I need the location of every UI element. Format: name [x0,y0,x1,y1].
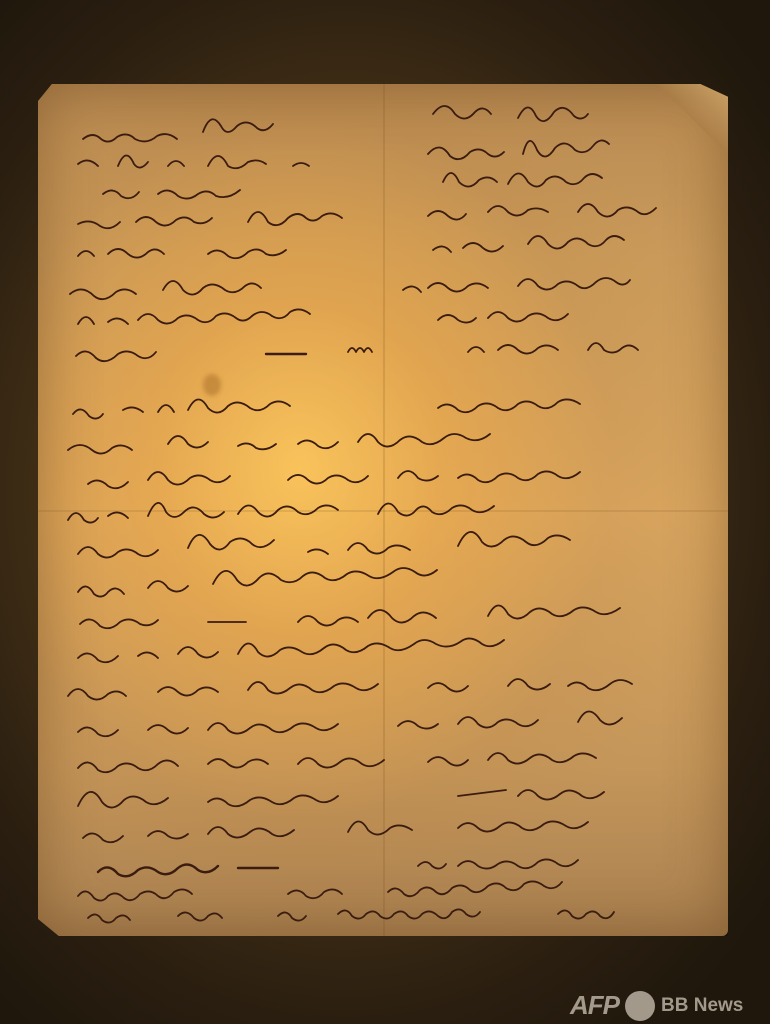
watermark-bbnews-text: BB News [661,995,743,1017]
photo-scene: AFP BB News [0,0,770,1024]
letter-paper [38,84,728,936]
afp-bb-news-watermark: AFP BB News [570,990,743,1021]
watermark-circle-icon [625,991,655,1021]
handwriting-strokes [38,84,728,936]
watermark-afp-text: AFP [570,990,619,1021]
